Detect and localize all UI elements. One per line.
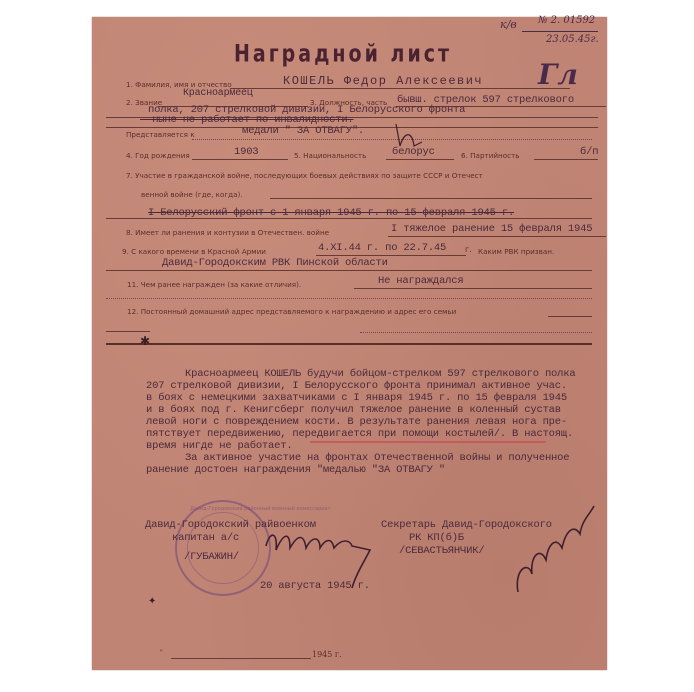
body-line-1: Красноармеец КОШЕЛЬ будучи бойцом-стрелк… [185, 368, 575, 380]
signature-right-name: /СЕВАСТЬЯНЧИК/ [399, 545, 484, 557]
field-6-line [534, 159, 598, 160]
field-11-label: 11. Чем ранее награжден (за какие отличи… [127, 280, 301, 289]
field-4-label: 4. Год рождения [126, 151, 190, 160]
field-10-line [106, 270, 592, 271]
field-7-label-line1: 7. Участие в гражданской войне, последую… [126, 171, 483, 180]
field-12-label: 12. Постоянный домашний адрес представля… [127, 307, 456, 316]
field-9-line [316, 255, 466, 256]
field-7-line [270, 198, 592, 199]
field-8-label: 8. Имеет ли ранения и контузии в Отечест… [126, 228, 329, 237]
field-12-line-2a [106, 331, 150, 332]
field-9-label: 9. С какого времени в Красной Армии [122, 247, 266, 256]
corner-number: № 2. 01592 [538, 15, 595, 26]
signature-date: 20 августа 1945 г. [260, 580, 370, 592]
body-line-6: пятствует передвижению, передвигается пр… [146, 428, 573, 440]
body-line-8: За активное участие на фронтах Отечестве… [185, 452, 569, 464]
field-10-label: Каким РВК призван. [478, 247, 554, 256]
footer-date-line [171, 658, 311, 659]
field-12-line [548, 316, 592, 317]
field-11-line-2 [106, 298, 592, 299]
signature-left-line2: капитан а/с [172, 532, 239, 544]
field-8-line [388, 236, 606, 237]
field-9-value: 4.XI.44 г. по 22.7.45 [318, 242, 446, 254]
field-1-line [230, 88, 570, 89]
field-11-value: Не награждался [378, 275, 463, 287]
field-6-value: б/п [580, 146, 598, 158]
body-line-2: 207 стрелковой дивизии, I Белорусского ф… [146, 380, 567, 392]
body-line-9: ранение достоен награждения "медалью "ЗА… [146, 464, 445, 476]
signature-left-name: /ГУБАЖИН/ [184, 551, 239, 563]
field-1-value: КОШЕЛЬ Федор Алексеевич [283, 74, 483, 88]
field-4-value: 1903 [234, 146, 258, 158]
field-7-label-line2: венной войне (где, когда). [141, 190, 243, 199]
ink-spot: ✦ [148, 596, 156, 607]
body-line-4: и в боях под г. Кенигсберг получил тяжел… [146, 404, 561, 416]
presented-value: медали " ЗА ОТВАГУ". [242, 125, 364, 137]
field-12-line-2b [360, 332, 592, 333]
field-10-value: Давид-Городокским РВК Пинской области [162, 257, 388, 269]
section-divider [106, 343, 592, 345]
handwritten-signature-right [510, 500, 600, 600]
field-5-line [386, 159, 454, 160]
body-line-7: время нигде не работает. [146, 440, 292, 452]
footer-quote: " [160, 649, 163, 656]
official-stamp [175, 500, 271, 596]
signature-right-line2: РК КП(б)Б [409, 532, 464, 544]
corner-date: 23.05.45г. [546, 34, 599, 45]
presented-label: Представляется к [126, 130, 195, 139]
field-8-value: I тяжелое ранение 15 февраля 1945 [391, 223, 592, 235]
handwritten-signature-left [260, 510, 400, 590]
field-4-line [192, 159, 288, 160]
footer-year: 1945 г. [312, 650, 342, 659]
field-5-label: 5. Национальность [294, 151, 366, 160]
ink-blot: ✱ [140, 334, 150, 348]
corner-prefix: к/в [500, 18, 517, 31]
corner-divider [522, 31, 598, 32]
corner-initials: Гл [538, 58, 578, 91]
field-11-line [354, 288, 592, 289]
field-9-suffix: г. [465, 245, 472, 254]
body-line-5: левой ноги с повреждением кости. В резул… [146, 416, 567, 428]
field-6-label: 6. Партийность [461, 151, 520, 160]
red-underline [310, 441, 546, 443]
document-title: Наградной лист [234, 40, 452, 68]
body-line-3: в боях с немецкими захватчиками с I янва… [146, 392, 567, 404]
field-2-value: Красноармеец [183, 88, 253, 99]
field-7-line-2 [106, 218, 592, 219]
handwritten-check-mark [390, 120, 430, 150]
